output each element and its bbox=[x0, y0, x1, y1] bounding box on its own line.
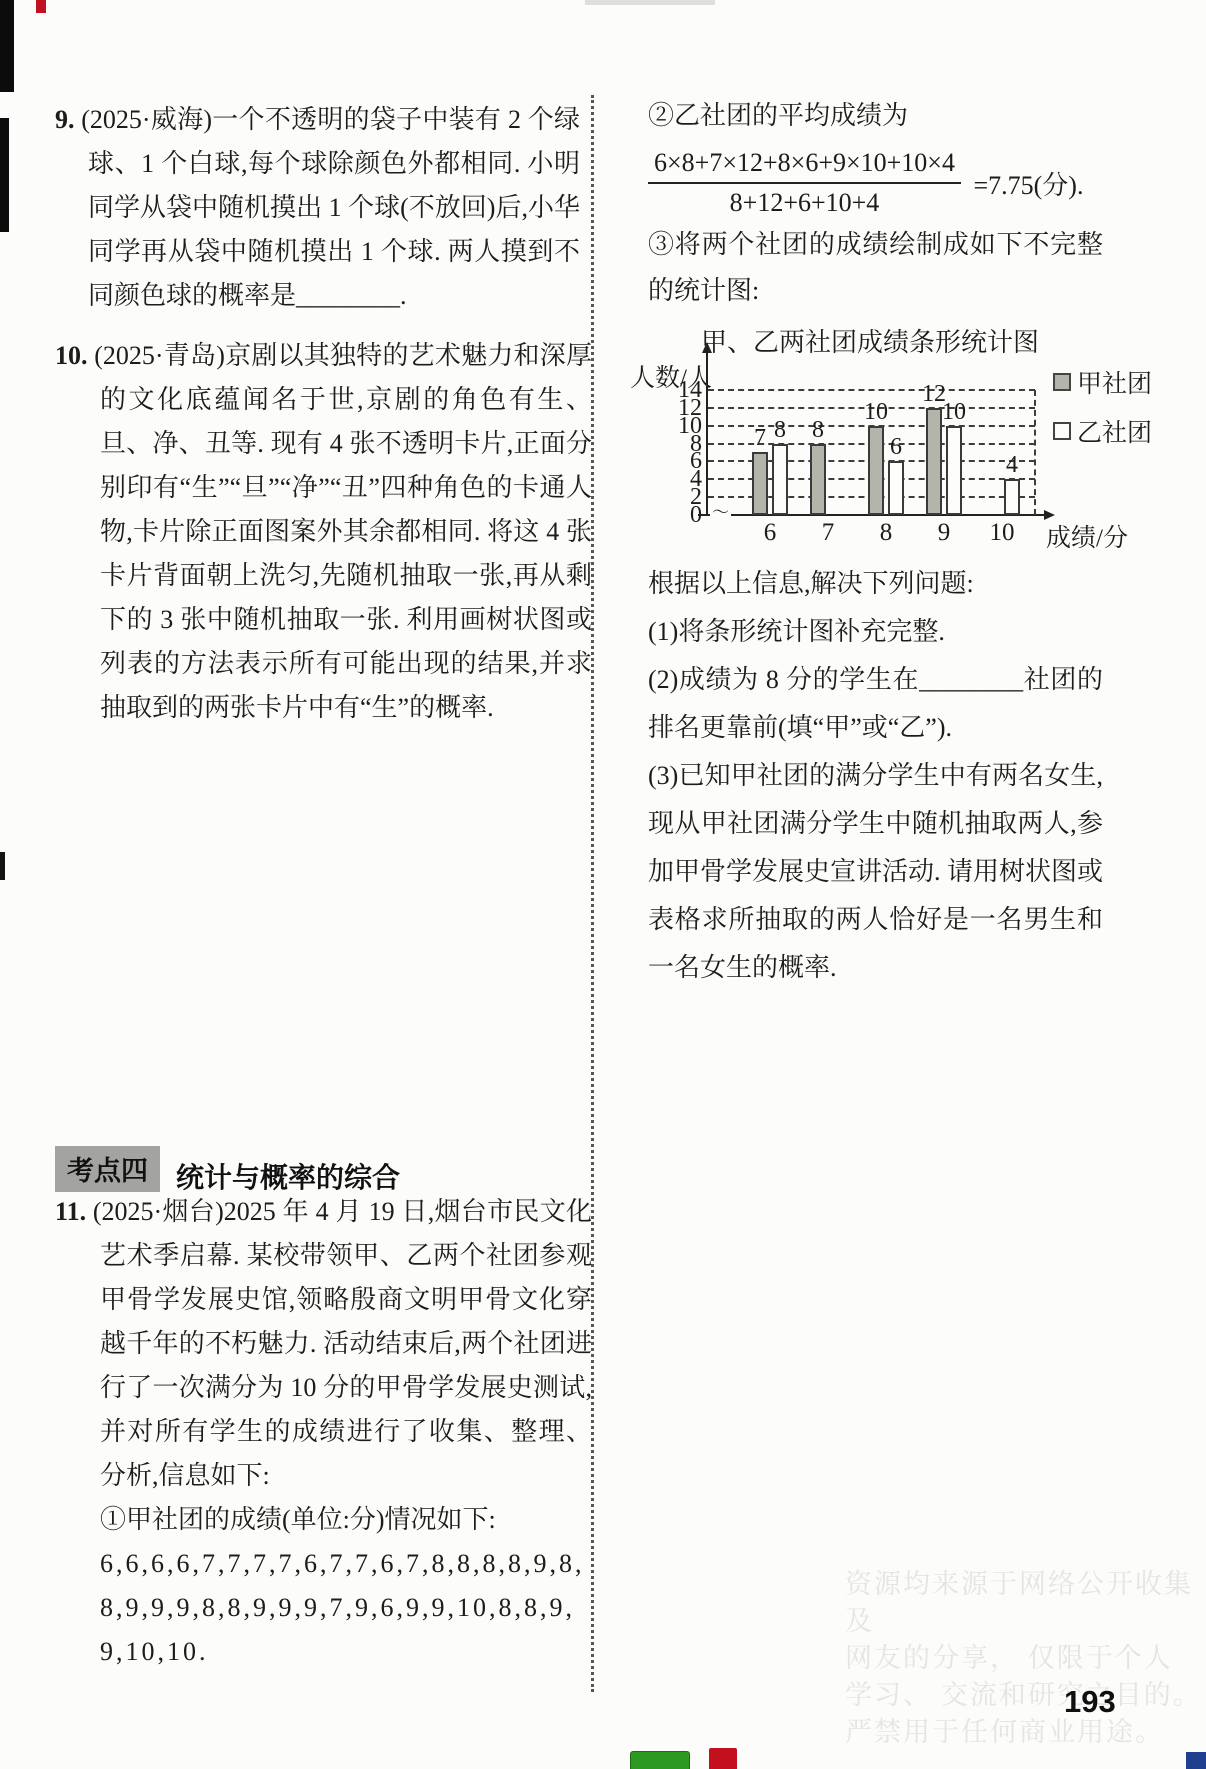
chart-title: 甲、乙两社团成绩条形统计图 bbox=[695, 322, 1045, 359]
data-description: ①甲社团的成绩(单位:分)情况如下: bbox=[100, 1498, 592, 1542]
problem-11: 11. (2025·烟台)2025 年 4 月 19 日,烟台市民文化艺术季启幕… bbox=[55, 1190, 592, 1674]
question-2: (2)成绩为 8 分的学生在________社团的排名更靠前(填“甲”或“乙”)… bbox=[648, 656, 1103, 752]
chart-intro-label: ③将两个社团的成绩绘制成如下不完整的统计图: bbox=[648, 222, 1103, 314]
legend-label: 乙社团 bbox=[1077, 413, 1152, 449]
x-tick-label: 10 bbox=[982, 519, 1022, 547]
problem-text: (2025·青岛)京剧以其独特的艺术魅力和深厚的文化底蕴闻名于世,京剧的角色有生… bbox=[94, 341, 592, 722]
watermark-line: 学习、 交流和研究之目的。 bbox=[845, 1677, 1206, 1714]
bar-value-label: 6 bbox=[878, 435, 914, 459]
bar-value-label: 10 bbox=[936, 400, 972, 424]
x-axis-arrow-icon bbox=[1044, 510, 1055, 520]
legend-swatch-filled bbox=[1053, 373, 1071, 391]
watermark-line: 严禁用于任何商业用途。 bbox=[845, 1714, 1206, 1751]
fraction-result: =7.75(分). bbox=[973, 165, 1083, 202]
y-tick-label: 14 bbox=[668, 377, 702, 403]
bar-value-label: 4 bbox=[994, 453, 1030, 477]
scan-artifact bbox=[585, 0, 715, 5]
problem-text: (2025·烟台)2025 年 4 月 19 日,烟台市民文化艺术季启幕. 某校… bbox=[93, 1197, 592, 1490]
bar-value-label: 8 bbox=[800, 418, 836, 442]
problem-number: 9. bbox=[55, 105, 75, 134]
followup-label: 根据以上信息,解决下列问题: bbox=[648, 560, 1103, 608]
grid-right-boundary bbox=[1034, 390, 1036, 515]
problem-number: 10. bbox=[55, 341, 88, 370]
section-badge: 考点四 bbox=[55, 1146, 160, 1192]
y-axis-line bbox=[706, 352, 708, 516]
fraction-denominator: 8+12+6+10+4 bbox=[648, 184, 961, 218]
legend-item: 乙社团 bbox=[1053, 413, 1152, 449]
page-number: 193 bbox=[1064, 1684, 1116, 1720]
scan-artifact bbox=[0, 0, 14, 92]
bar-乙社团-9 bbox=[946, 426, 962, 515]
section-header: 考点四统计与概率的综合 bbox=[55, 1146, 547, 1196]
score-line: 9,10,10. bbox=[100, 1630, 592, 1674]
x-tick-label: 8 bbox=[866, 519, 906, 547]
fraction-numerator: 6×8+7×12+8×6+9×10+10×4 bbox=[648, 148, 961, 184]
watermark-line: 资源均来源于网络公开收集及 bbox=[845, 1566, 1206, 1640]
scan-artifact bbox=[0, 852, 5, 880]
bar-乙社团-6 bbox=[772, 444, 788, 515]
scan-artifact bbox=[36, 0, 46, 13]
watermark: 资源均来源于网络公开收集及 网友的分享， 仅限于个人 学习、 交流和研究之目的。… bbox=[845, 1566, 1206, 1751]
legend-label: 甲社团 bbox=[1077, 364, 1152, 400]
gridline bbox=[708, 389, 1035, 391]
logo-fragment-red bbox=[709, 1748, 737, 1769]
y-axis-arrow-icon bbox=[702, 342, 712, 353]
question-3: (3)已知甲社团的满分学生中有两名女生,现从甲社团满分学生中随机抽取两人,参加甲… bbox=[648, 752, 1103, 992]
watermark-line: 网友的分享， 仅限于个人 bbox=[845, 1640, 1206, 1677]
logo-fragment-green bbox=[630, 1751, 690, 1769]
bar-甲社团-9 bbox=[926, 408, 942, 515]
question-1: (1)将条形统计图补充完整. bbox=[648, 608, 1103, 656]
textbook-page: 9. (2025·威海)一个不透明的袋子中装有 2 个绿球、1 个白球,每个球除… bbox=[0, 0, 1206, 1769]
legend-swatch-empty bbox=[1053, 422, 1071, 440]
logo-fragment-blue bbox=[1186, 1752, 1206, 1769]
chart-legend: 甲社团 乙社团 bbox=[1053, 364, 1152, 462]
section-title: 统计与概率的综合 bbox=[176, 1162, 400, 1193]
x-tick-label: 6 bbox=[750, 519, 790, 547]
bar-乙社团-10 bbox=[1004, 479, 1020, 515]
score-line: 8,9,9,9,8,8,9,9,9,7,9,6,9,9,10,8,8,9, bbox=[100, 1586, 592, 1630]
score-line: 6,6,6,6,7,7,7,7,6,7,7,6,7,8,8,8,8,9,8, bbox=[100, 1542, 592, 1586]
problem-10: 10. (2025·青岛)京剧以其独特的艺术魅力和深厚的文化底蕴闻名于世,京剧的… bbox=[55, 334, 592, 730]
x-tick-label: 9 bbox=[924, 519, 964, 547]
legend-item: 甲社团 bbox=[1053, 364, 1152, 400]
scan-artifact bbox=[0, 118, 9, 232]
problem-number: 11. bbox=[55, 1197, 86, 1226]
average-formula: 6×8+7×12+8×6+9×10+10×4 8+12+6+10+4 =7.75… bbox=[648, 148, 1103, 218]
bar-value-label: 8 bbox=[762, 418, 798, 442]
bar-value-label: 10 bbox=[858, 400, 894, 424]
bar-chart: 甲、乙两社团成绩条形统计图 人数/人 成绩/分 〜 甲社团 乙社团 024681… bbox=[640, 322, 1206, 560]
chart-x-axis-label: 成绩/分 bbox=[1046, 518, 1128, 554]
x-tick-label: 7 bbox=[808, 519, 848, 547]
fraction: 6×8+7×12+8×6+9×10+10×4 8+12+6+10+4 bbox=[648, 148, 961, 218]
bar-乙社团-8 bbox=[888, 461, 904, 515]
axis-break-icon: 〜 bbox=[710, 504, 731, 522]
bar-甲社团-7 bbox=[810, 444, 826, 515]
avg-score-label: ②乙社团的平均成绩为 bbox=[648, 92, 1103, 140]
problem-9: 9. (2025·威海)一个不透明的袋子中装有 2 个绿球、1 个白球,每个球除… bbox=[55, 98, 580, 318]
problem-text: (2025·威海)一个不透明的袋子中装有 2 个绿球、1 个白球,每个球除颜色外… bbox=[81, 105, 580, 310]
bar-甲社团-6 bbox=[752, 452, 768, 515]
